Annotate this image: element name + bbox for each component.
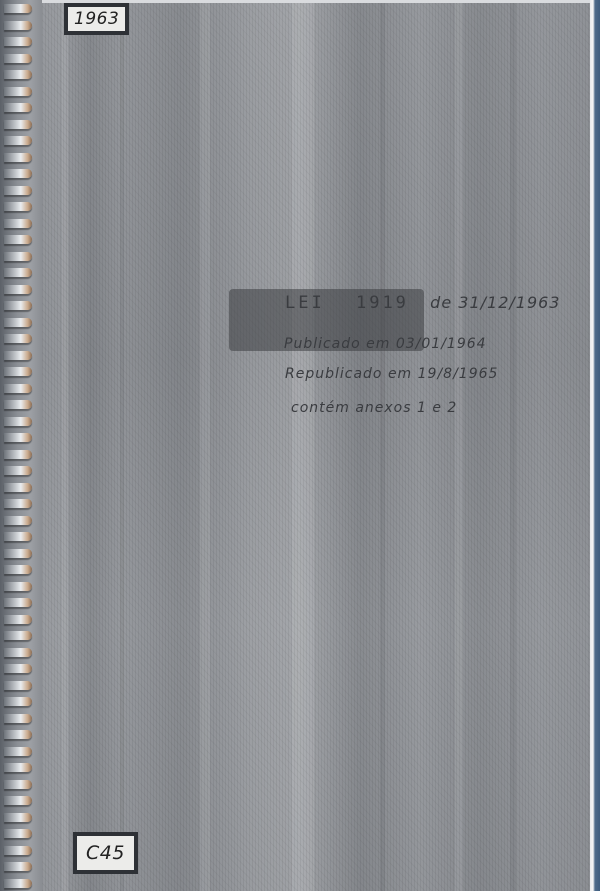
- spiral-coil: [4, 367, 32, 376]
- spiral-coil: [4, 334, 32, 343]
- spiral-coil: [4, 763, 32, 772]
- spiral-coil: [4, 54, 32, 63]
- spiral-coil: [4, 4, 32, 13]
- paper-texture: [0, 0, 600, 891]
- spiral-coil: [4, 813, 32, 822]
- spiral-coil: [4, 169, 32, 178]
- spiral-coil: [4, 466, 32, 475]
- spiral-coil: [4, 202, 32, 211]
- spiral-coil: [4, 499, 32, 508]
- spiral-coil: [4, 301, 32, 310]
- spiral-coil: [4, 219, 32, 228]
- spiral-coil: [4, 730, 32, 739]
- spiral-coil: [4, 532, 32, 541]
- spiral-coil: [4, 549, 32, 558]
- spiral-coil: [4, 631, 32, 640]
- spiral-coil: [4, 351, 32, 360]
- spiral-coil: [4, 285, 32, 294]
- spiral-coil: [4, 516, 32, 525]
- spiral-coil: [4, 483, 32, 492]
- spiral-coil: [4, 582, 32, 591]
- spiral-coil: [4, 780, 32, 789]
- year-label-text: 1963: [68, 7, 125, 31]
- spiral-coil: [4, 21, 32, 30]
- spiral-coil: [4, 450, 32, 459]
- spiral-coil: [4, 103, 32, 112]
- spiral-coil: [4, 747, 32, 756]
- spiral-coil: [4, 796, 32, 805]
- spiral-coil: [4, 120, 32, 129]
- spiral-coil: [4, 37, 32, 46]
- law-prefix: LEI: [285, 293, 325, 313]
- year-label: 1963: [64, 3, 129, 35]
- spiral-coil: [4, 615, 32, 624]
- law-date: de 31/12/1963: [430, 293, 560, 312]
- annexes-note: contém anexos 1 e 2: [291, 400, 457, 416]
- spiral-binding: [0, 0, 42, 891]
- spiral-coil: [4, 565, 32, 574]
- spiral-coil: [4, 879, 32, 888]
- published-note: Publicado em 03/01/1964: [284, 336, 487, 352]
- spiral-coil: [4, 235, 32, 244]
- spiral-coil: [4, 318, 32, 327]
- law-number: 1919: [356, 293, 409, 313]
- spiral-coil: [4, 136, 32, 145]
- spiral-coil: [4, 433, 32, 442]
- spiral-coil: [4, 70, 32, 79]
- spiral-coil: [4, 417, 32, 426]
- spiral-coil: [4, 681, 32, 690]
- shelf-code-text: C45: [77, 836, 134, 870]
- spiral-coil: [4, 829, 32, 838]
- spiral-coil: [4, 384, 32, 393]
- spiral-coil: [4, 846, 32, 855]
- spiral-coil: [4, 862, 32, 871]
- spiral-coil: [4, 87, 32, 96]
- shelf-code-label: C45: [73, 832, 138, 874]
- spiral-coil: [4, 400, 32, 409]
- document-cover: [0, 0, 600, 891]
- spiral-coil: [4, 598, 32, 607]
- spiral-coil: [4, 664, 32, 673]
- spiral-coil: [4, 697, 32, 706]
- republished-note: Republicado em 19/8/1965: [285, 366, 498, 382]
- spiral-coil: [4, 252, 32, 261]
- spiral-coil: [4, 648, 32, 657]
- spiral-coil: [4, 268, 32, 277]
- right-edge: [590, 0, 600, 891]
- law-title-line: LEI 1919 de 31/12/1963: [285, 293, 560, 313]
- spiral-coil: [4, 153, 32, 162]
- spiral-coil: [4, 186, 32, 195]
- spiral-coil: [4, 714, 32, 723]
